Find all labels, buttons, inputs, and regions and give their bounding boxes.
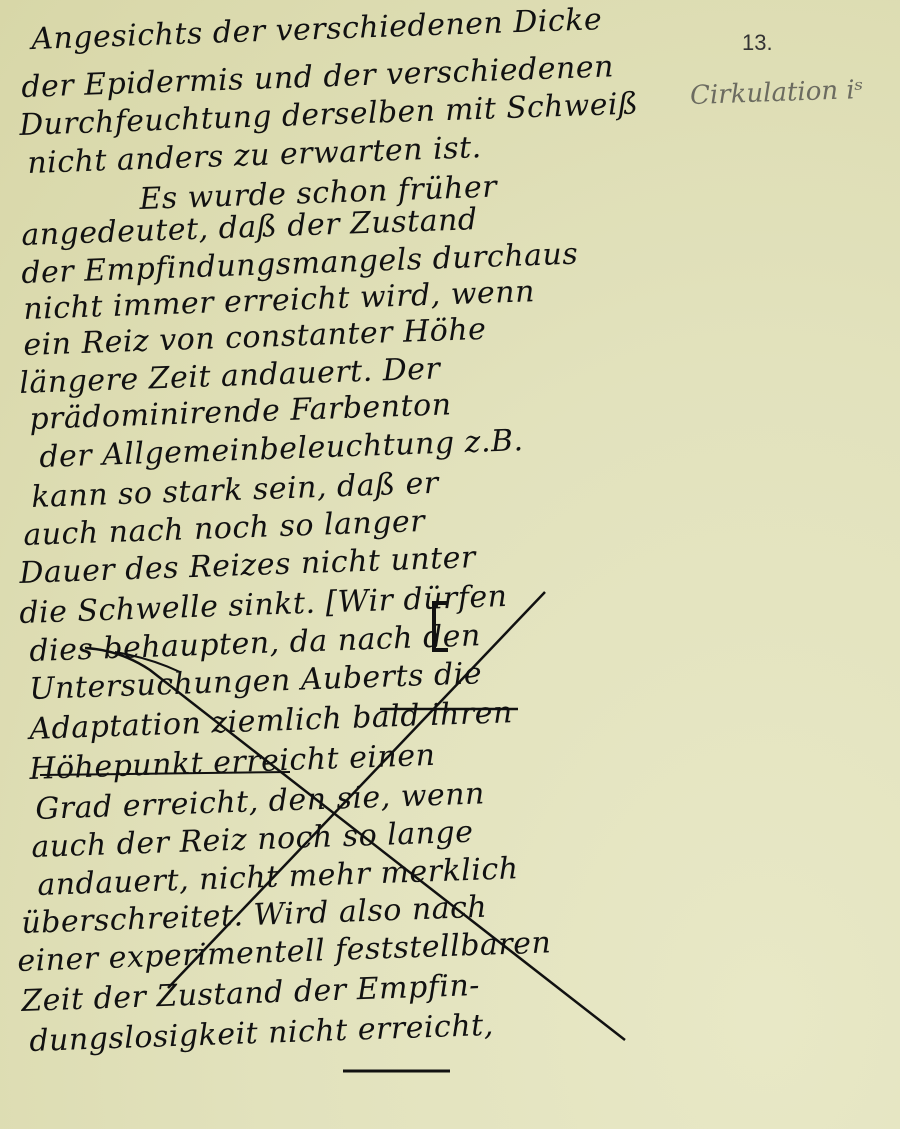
text-line: Angesichts der verschiedenen Dicke bbox=[31, 2, 603, 57]
margin-note: Cirkulation iˢ bbox=[690, 75, 864, 111]
manuscript-page: 13. Cirkulation iˢ Angesichts der versch… bbox=[0, 0, 900, 1129]
page-number: 13. bbox=[742, 30, 773, 56]
